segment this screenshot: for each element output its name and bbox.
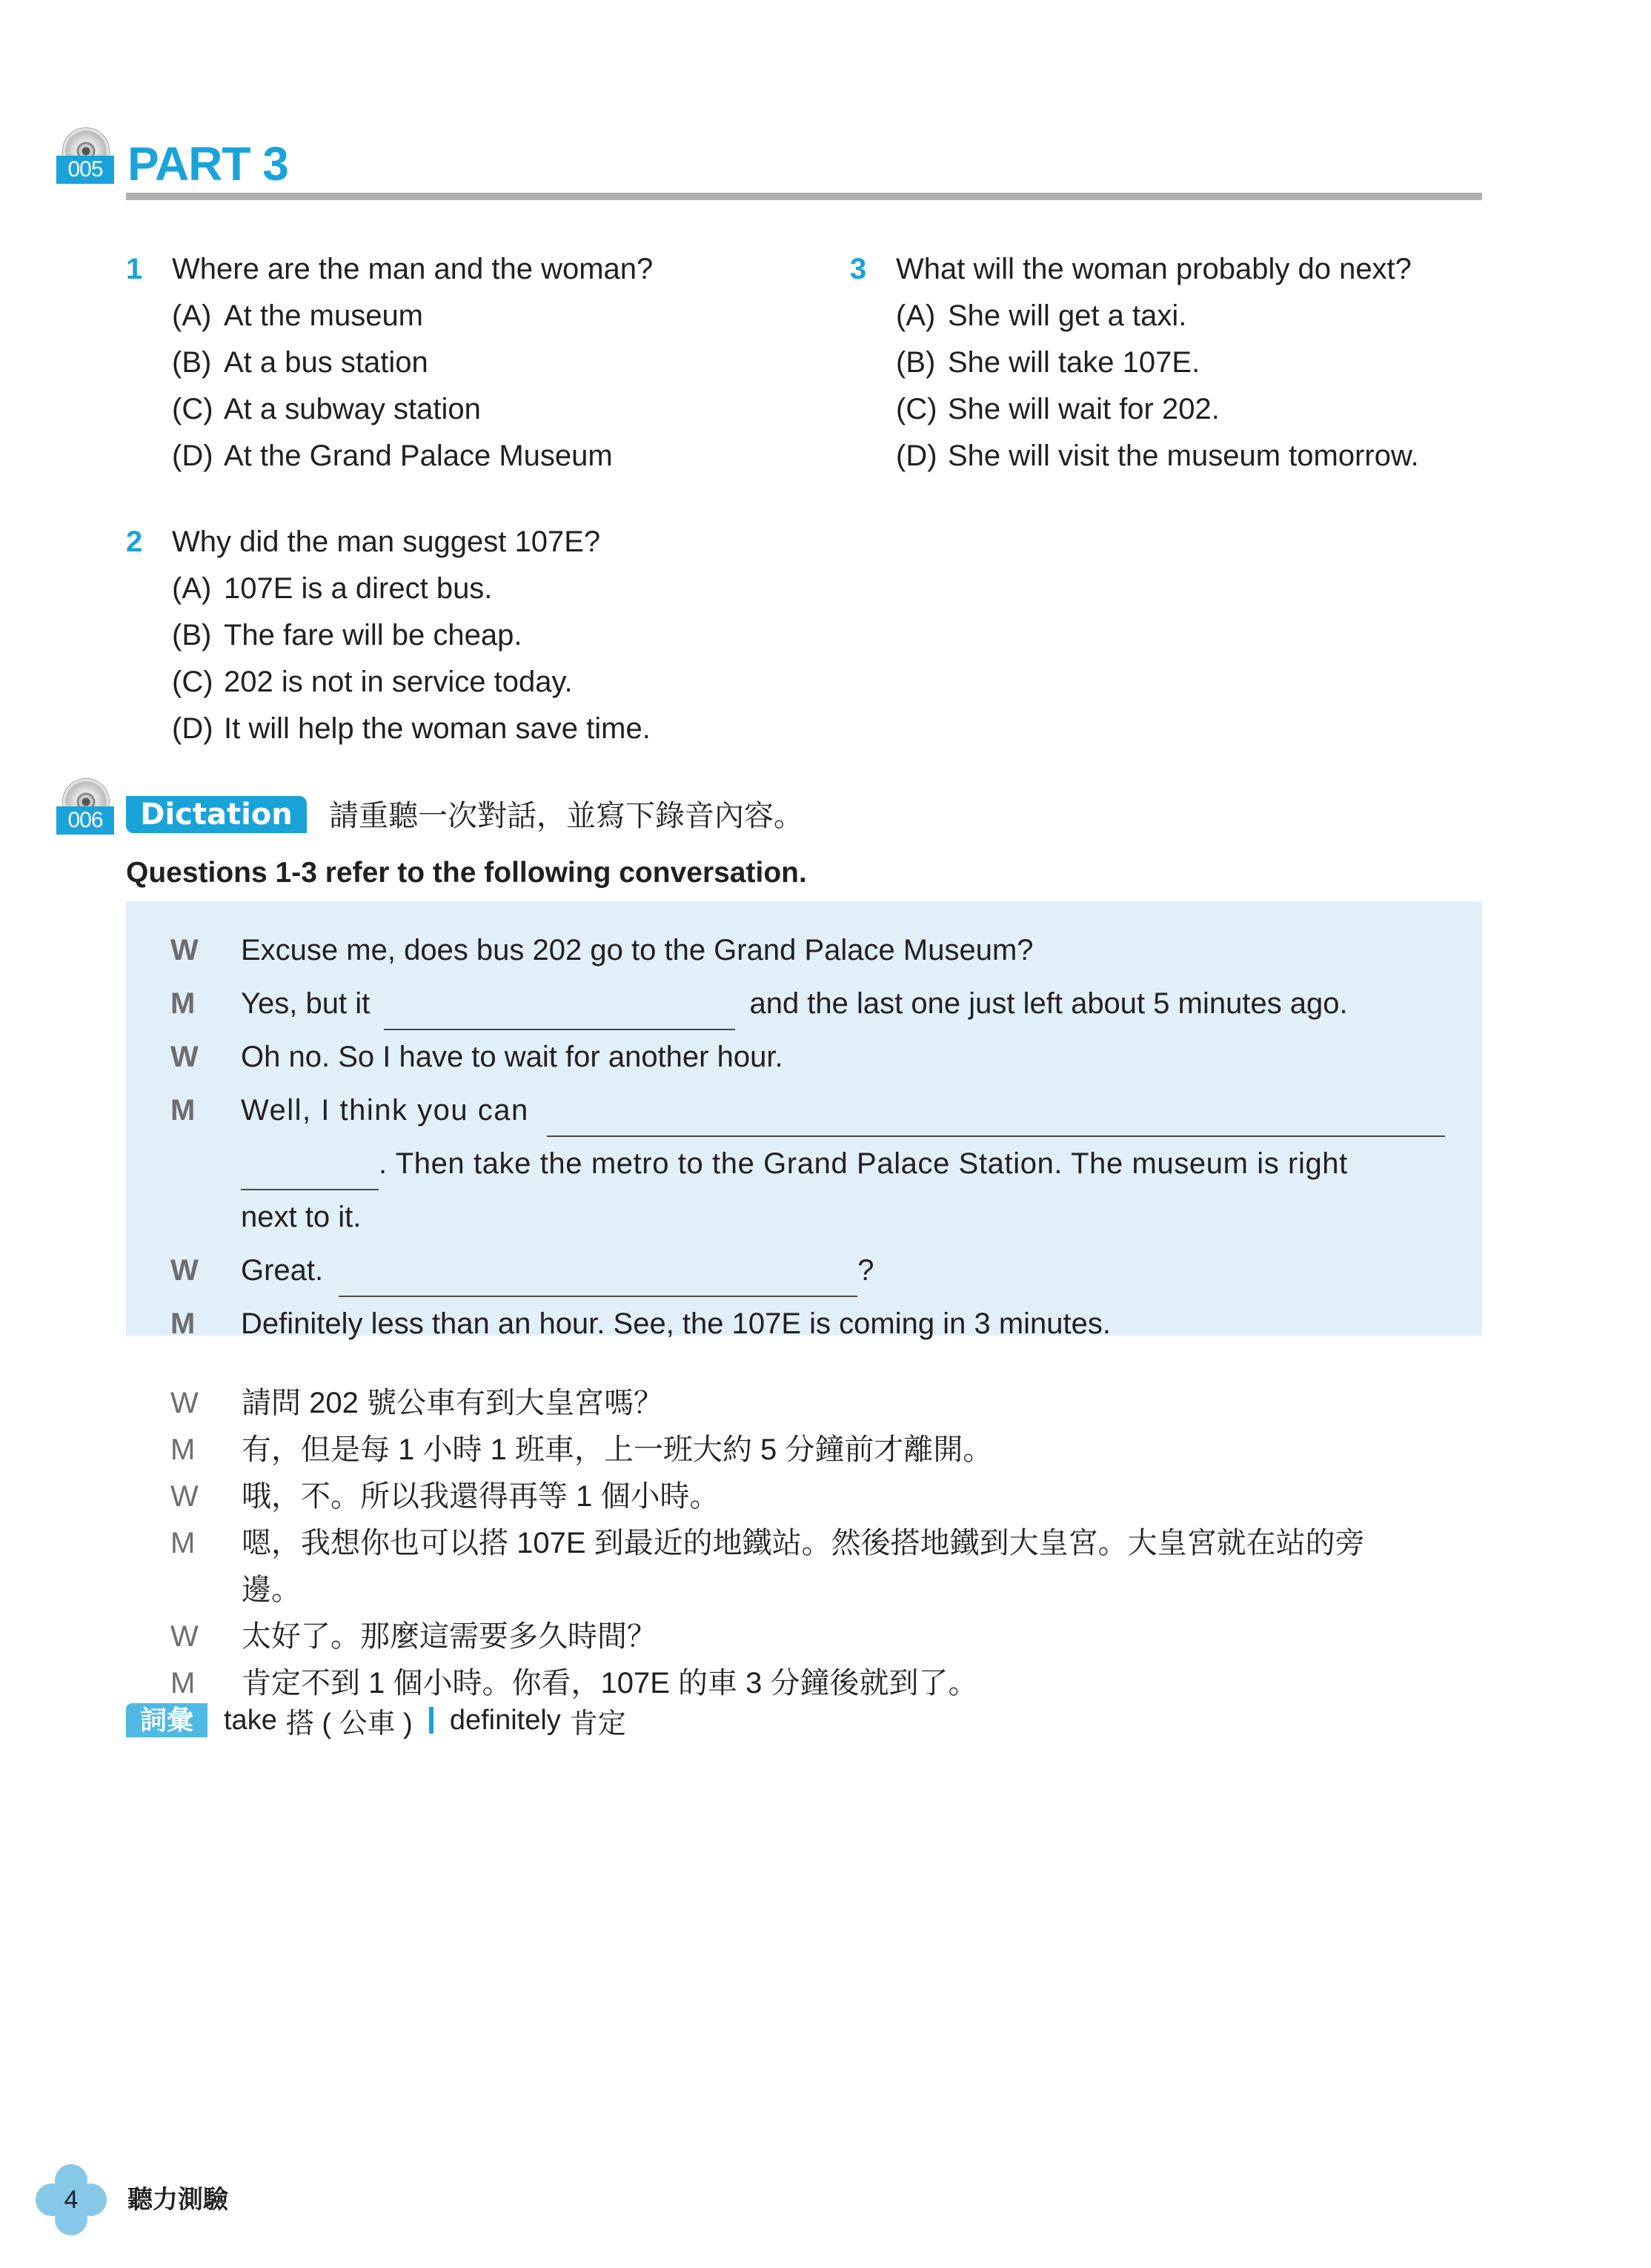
audio-track-icon: 006 — [56, 778, 114, 836]
speaker-label: M — [170, 977, 207, 1030]
line-text: ? — [857, 1254, 874, 1287]
line-text: 邊。 — [242, 1567, 301, 1614]
blank-1[interactable] — [384, 986, 735, 1030]
vocab-meaning: 肯定 — [570, 1700, 626, 1741]
track-number: 006 — [56, 806, 114, 835]
option-a: (A)At the museum — [126, 293, 653, 339]
translation-line: M 有，但是每 1 小時 1 班車，上一班大約 5 分鐘前才離開。 — [170, 1427, 1504, 1473]
track-number: 005 — [56, 156, 114, 184]
vocabulary-row: 詞彙 take 搭 ( 公車 ) definitely 肯定 — [126, 1702, 626, 1739]
line-text: Yes, but it — [241, 987, 370, 1020]
vocab-separator — [429, 1707, 433, 1734]
speaker-label: M — [170, 1427, 215, 1473]
speaker-label: W — [170, 1380, 215, 1427]
option-a: (A)107E is a direct bus. — [126, 566, 651, 612]
question-text: What will the woman probably do next? — [896, 246, 1412, 293]
line-text: Great. — [241, 1254, 323, 1287]
blank-3[interactable] — [339, 1253, 857, 1297]
option-c: (C)She will wait for 202. — [850, 386, 1419, 433]
option-b: (B)The fare will be cheap. — [126, 612, 651, 659]
audio-track-icon: 005 — [56, 127, 114, 185]
line-text: 太好了。那麼這需要多久時間？ — [242, 1614, 657, 1660]
speaker-label: M — [170, 1084, 207, 1137]
question-number: 3 — [850, 246, 896, 293]
option-b: (B)At a bus station — [126, 339, 653, 386]
speaker-label: M — [170, 1520, 215, 1567]
line-text: Excuse me, does bus 202 go to the Grand … — [241, 924, 1034, 977]
translation-line: M 嗯，我想你也可以搭 107E 到最近的地鐵站。然後搭地鐵到大皇宮。大皇宮就在… — [170, 1520, 1504, 1567]
option-d: (D)It will help the woman save time. — [126, 706, 651, 752]
option-a: (A)She will get a taxi. — [850, 293, 1419, 339]
line-text: . Then take the metro to the Grand Palac… — [379, 1147, 1348, 1180]
speaker-label: M — [170, 1297, 207, 1350]
page-number: 4 — [34, 2184, 108, 2216]
option-d: (D)She will visit the museum tomorrow. — [850, 433, 1419, 480]
speaker-label: M — [170, 1660, 215, 1707]
conversation-heading: Questions 1-3 refer to the following con… — [126, 852, 807, 894]
vocabulary-badge: 詞彙 — [126, 1703, 207, 1737]
line-text: 哦，不。所以我還得再等 1 個小時。 — [242, 1473, 719, 1520]
question-text: Where are the man and the woman? — [172, 246, 653, 293]
translation-line: W 太好了。那麼這需要多久時間？ — [170, 1614, 1504, 1660]
line-text: Definitely less than an hour. See, the 1… — [241, 1297, 1111, 1350]
dictation-badge: Dictation — [126, 796, 307, 833]
line-text: and the last one just left about 5 minut… — [749, 987, 1347, 1020]
blank-2[interactable] — [547, 1092, 1445, 1137]
question-2: 2Why did the man suggest 107E? (A)107E i… — [126, 519, 651, 752]
translation-block: W 請問 202 號公車有到大皇宮嗎？ M 有，但是每 1 小時 1 班車，上一… — [170, 1380, 1504, 1721]
speaker-label: W — [170, 924, 207, 977]
option-c: (C)At a subway station — [126, 386, 653, 433]
line-text: Oh no. So I have to wait for another hou… — [241, 1030, 783, 1084]
vocab-meaning: 搭 ( 公車 ) — [286, 1700, 413, 1741]
vocab-word: take — [224, 1705, 277, 1737]
speaker-label: W — [170, 1473, 215, 1520]
translation-line: 邊。 — [170, 1567, 1504, 1614]
question-1: 1Where are the man and the woman? (A)At … — [126, 246, 653, 480]
vocab-word: definitely — [450, 1705, 561, 1737]
part-title: PART 3 — [127, 138, 288, 190]
dictation-instruction: 請重聽一次對話，並寫下錄音內容。 — [329, 798, 803, 835]
line-text: 請問 202 號公車有到大皇宮嗎？ — [242, 1380, 663, 1427]
question-3: 3What will the woman probably do next? (… — [850, 246, 1419, 480]
translation-line: W 請問 202 號公車有到大皇宮嗎？ — [170, 1380, 1504, 1427]
blank-2-continued[interactable] — [241, 1146, 379, 1190]
header-divider — [126, 193, 1482, 200]
line-text: 嗯，我想你也可以搭 107E 到最近的地鐵站。然後搭地鐵到大皇宮。大皇宮就在站的… — [242, 1520, 1365, 1567]
question-text: Why did the man suggest 107E? — [172, 519, 600, 566]
section-label: 聽力測驗 — [127, 2184, 228, 2216]
speaker-label: W — [170, 1030, 207, 1084]
option-c: (C)202 is not in service today. — [126, 659, 651, 706]
question-number: 1 — [126, 246, 172, 293]
question-number: 2 — [126, 519, 172, 566]
conversation-box: W Excuse me, does bus 202 go to the Gran… — [126, 901, 1482, 1336]
option-b: (B)She will take 107E. — [850, 339, 1419, 386]
speaker-label: W — [170, 1244, 207, 1297]
line-text: 有，但是每 1 小時 1 班車，上一班大約 5 分鐘前才離開。 — [242, 1427, 992, 1473]
line-text: next to it. — [241, 1190, 361, 1244]
line-text: Well, I think you can — [241, 1094, 529, 1127]
option-d: (D)At the Grand Palace Museum — [126, 433, 653, 480]
speaker-label: W — [170, 1614, 215, 1660]
translation-line: W 哦，不。所以我還得再等 1 個小時。 — [170, 1473, 1504, 1520]
